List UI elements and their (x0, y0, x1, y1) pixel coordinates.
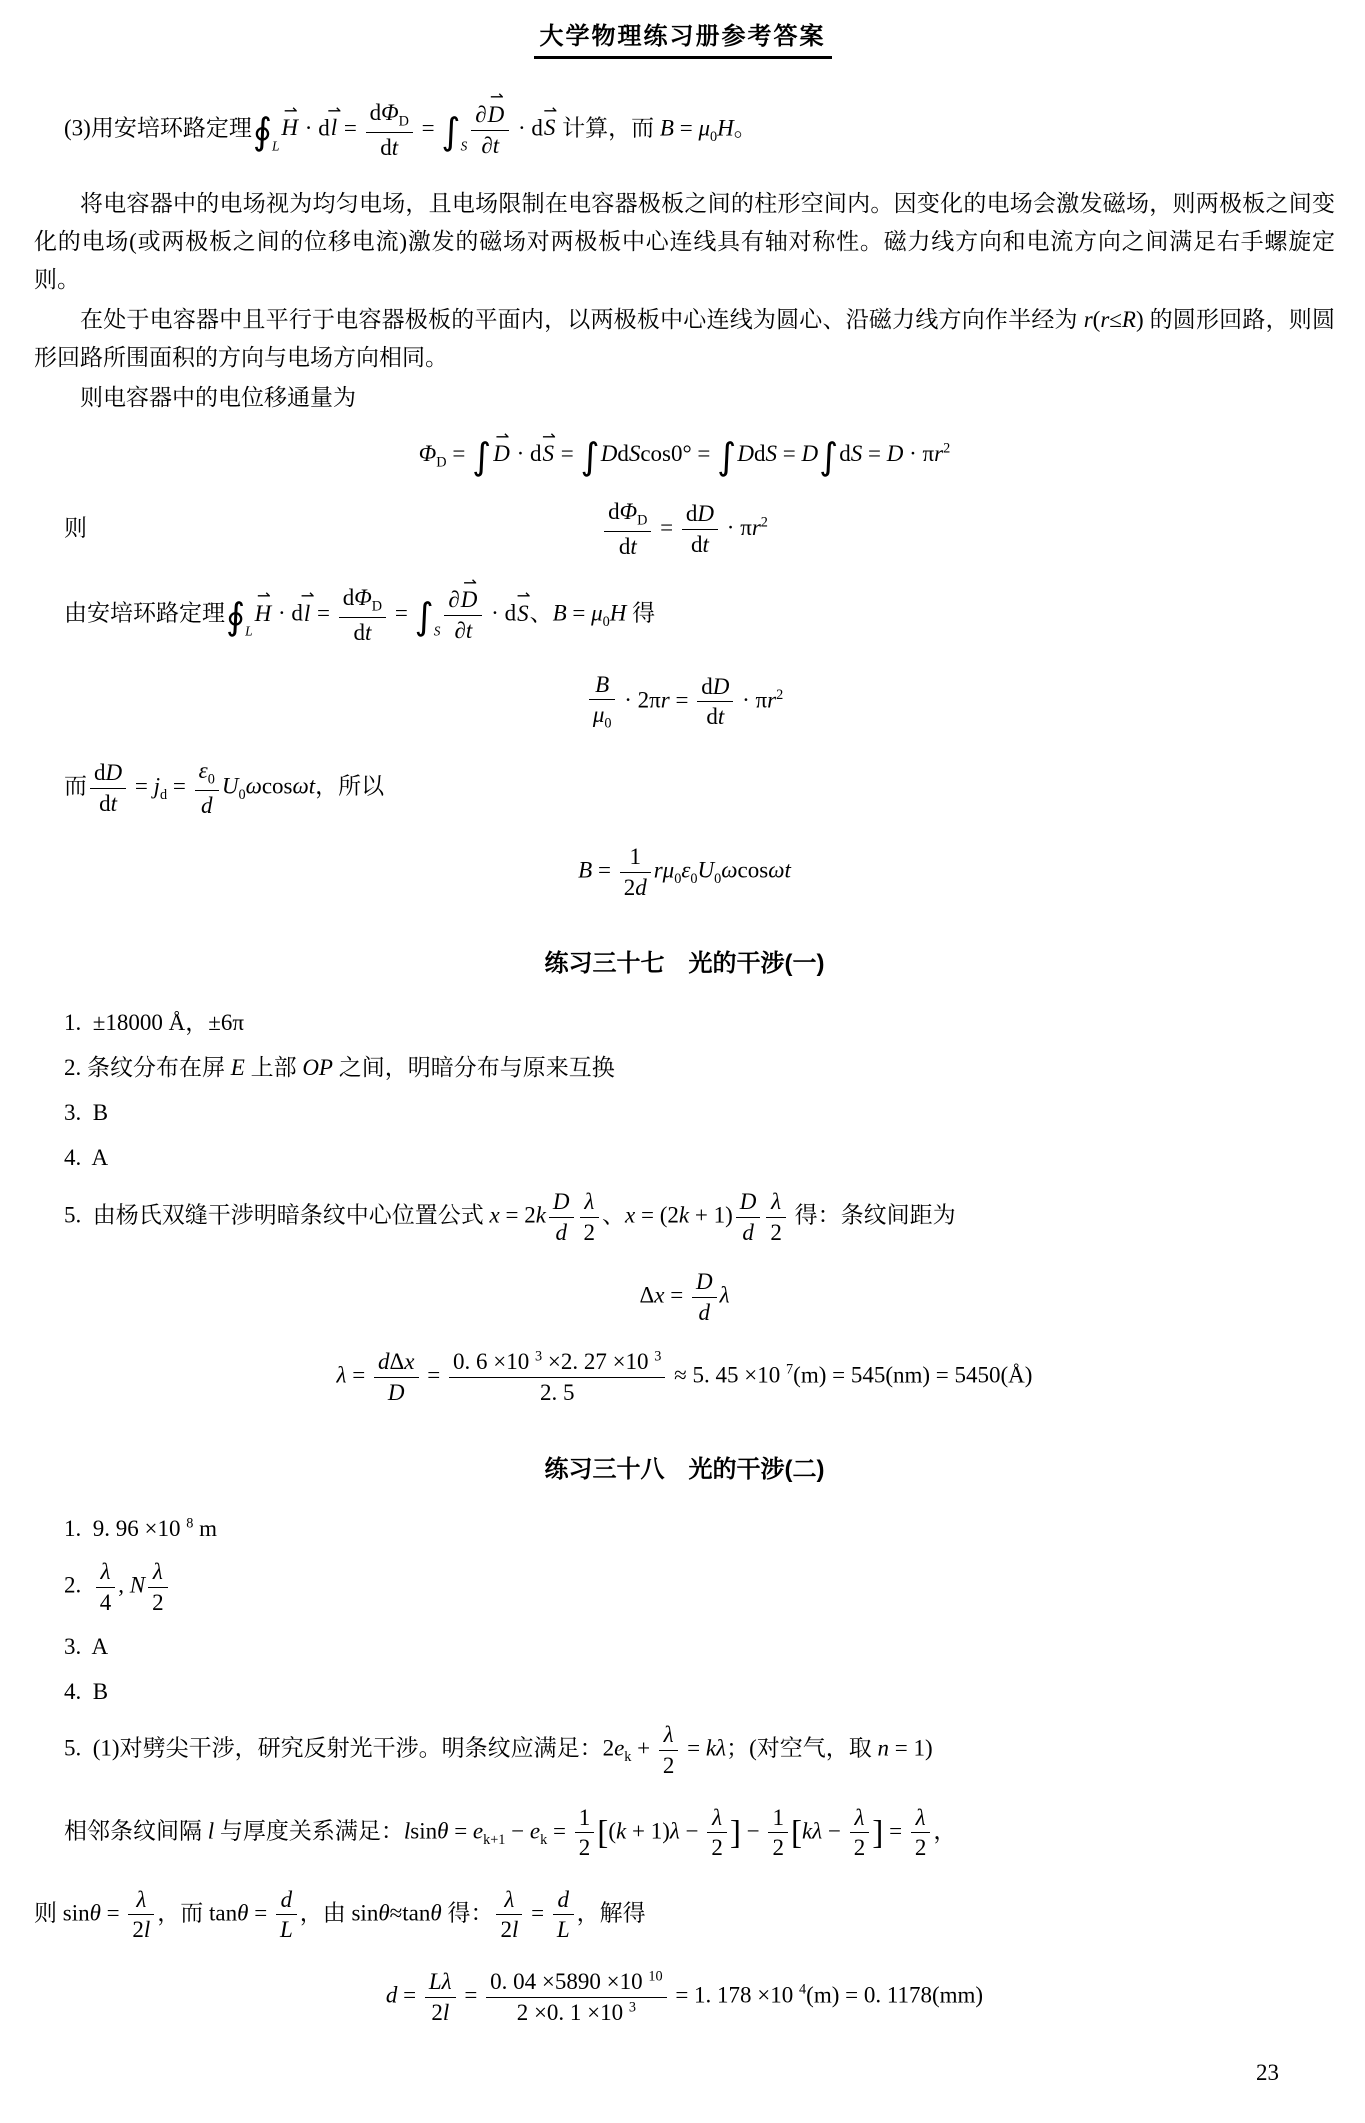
page-title: 大学物理练习册参考答案 (534, 16, 832, 59)
math-bracket: [ (791, 1814, 802, 1851)
math-variable: λ (771, 1189, 781, 1214)
math-variable: D (740, 1189, 757, 1214)
vector-arrow-icon: ⇀ (463, 575, 477, 592)
math-integral: ∫ (819, 439, 838, 476)
formula-b-2pir: Bμ0 · 2πr = dDdt · πr2 (34, 671, 1335, 733)
math-integral: ∮L (226, 599, 253, 640)
math-variable: μ (698, 115, 710, 140)
math-fraction: Lλ2l (425, 1968, 456, 2026)
math-subscript: k (540, 1832, 547, 1848)
math-fraction: Dd (549, 1188, 574, 1246)
item-37-1: 1. ±18000 Å，±6π (64, 1008, 1335, 1038)
item-38-5: 5. (1)对劈尖干涉，研究反射光干涉。明条纹应满足：2ek + λ2 = kλ… (64, 1721, 1335, 1779)
math-variable: ω (768, 858, 784, 883)
math-variable: Φ (419, 441, 437, 466)
math-variable: l (404, 1818, 410, 1843)
page-number: 23 (1256, 2060, 1279, 2086)
integral-icon: ∫ (472, 435, 491, 478)
math-subscript: D (399, 114, 409, 130)
math-fraction: 12d (620, 843, 651, 901)
math-variable: t (111, 791, 117, 816)
math-variable: r (661, 687, 670, 712)
math-variable: t (493, 133, 499, 158)
math-variable: ω (292, 773, 308, 798)
math-subscript: 0 (603, 614, 610, 630)
math-fraction: Dd (692, 1268, 717, 1326)
line-small-angle: 则 sinθ = λ2l，而 tanθ = dL，由 sinθ≈tanθ 得：λ… (34, 1886, 1335, 1944)
math-variable: L (429, 1969, 442, 1994)
vector-arrow-icon: ⇀ (543, 103, 557, 120)
line-formula: dΦDdt = dDdt · πr2 (601, 515, 768, 540)
math-variable: k (616, 1818, 626, 1843)
math-fraction: λ2 (580, 1188, 600, 1246)
math-fraction: dDdt (90, 759, 126, 817)
page-header: 大学物理练习册参考答案 (0, 0, 1365, 59)
integral-icon: ∮ (226, 595, 245, 638)
math-fraction: ∂⇀D∂t (471, 101, 509, 159)
math-variable: B (595, 672, 609, 697)
math-variable: x (625, 1202, 635, 1227)
math-subscript: 0 (238, 787, 245, 803)
math-fraction: Dd (736, 1188, 761, 1246)
math-integral: ∫ (581, 439, 600, 476)
math-variable: S (765, 441, 777, 466)
math-variable: U (222, 773, 239, 798)
math-variable: θ (378, 1900, 389, 1925)
math-variable: λ (136, 1887, 146, 1912)
vector-arrow-icon: ⇀ (490, 89, 504, 106)
para-capacitor-field: 将电容器中的电场视为均匀电场，且电场限制在电容器极板之间的柱形空间内。因变化的电… (34, 185, 1335, 299)
item-37-2: 2. 条纹分布在屏 E 上部 OP 之间，明暗分布与原来互换 (64, 1053, 1335, 1083)
math-superscript: 8 (186, 1515, 193, 1531)
math-superscript: 2 (776, 686, 783, 702)
math-variable: r (654, 858, 663, 883)
math-variable: k (706, 1736, 716, 1761)
math-variable: e (530, 1818, 540, 1843)
math-variable: t (784, 858, 790, 883)
math-variable: μ (593, 702, 605, 727)
math-variable: D (887, 441, 904, 466)
formula-flux-derivative: 则dΦDdt = dDdt · πr2 (34, 498, 1335, 560)
math-variable: λ (664, 1722, 674, 1747)
math-variable: l (144, 1917, 150, 1942)
integral-icon: ∮ (253, 110, 272, 153)
math-superscript: 3 (654, 1349, 661, 1365)
line-ampere-method: (3)用安培环路定理∮L⇀H · d⇀l = dΦDdt = ∫S∂⇀D∂t ·… (34, 99, 1335, 161)
math-variable: λ (916, 1805, 926, 1830)
integral-icon: ∫ (581, 435, 600, 478)
math-variable: t (466, 618, 472, 643)
math-variable: λ (337, 1363, 347, 1388)
math-variable: k (536, 1202, 546, 1227)
math-variable: D (106, 760, 123, 785)
math-superscript: 10 (648, 1968, 662, 1984)
integral-icon: ∫ (441, 110, 460, 153)
math-variable: t (309, 773, 315, 798)
formula-flux: ΦD = ∫⇀D · d⇀S = ∫DdScos0° = ∫DdS = D∫dS… (34, 439, 1335, 476)
math-variable: λ (504, 1887, 514, 1912)
item-37-3: 3. B (64, 1098, 1335, 1128)
math-variable: x (404, 1349, 414, 1374)
para-circular-loop: 在处于电容器中且平行于电容器极板的平面内，以两极板中心连线为圆心、沿磁力线方向作… (34, 301, 1335, 377)
heading-exercise-37: 练习三十七 光的干涉(一) (34, 943, 1335, 978)
math-variable: Φ (354, 585, 372, 610)
math-fraction: dΔxD (374, 1348, 419, 1406)
math-fraction: dL (276, 1886, 297, 1944)
math-variable: λ (670, 1818, 680, 1843)
math-variable: l (512, 1917, 518, 1942)
math-variable: S (851, 441, 863, 466)
math-fraction: λ2 (911, 1804, 931, 1862)
item-38-4: 4. B (64, 1677, 1335, 1707)
integral-icon: ∫ (415, 595, 434, 638)
math-variable: H (717, 115, 734, 140)
math-bracket: [ (597, 1814, 608, 1851)
math-fraction: dL (553, 1886, 574, 1944)
math-subscript: D (372, 599, 382, 615)
math-vector: ⇀H (254, 600, 273, 629)
math-vector: ⇀D (492, 440, 511, 469)
math-variable: Φ (381, 100, 399, 125)
math-variable: λ (812, 1818, 822, 1843)
line-ampere-apply: 由安培环路定理∮L⇀H · d⇀l = dΦDdt = ∫S∂⇀D∂t · d⇀… (34, 584, 1335, 646)
math-variable: OP (302, 1055, 333, 1080)
math-bracket: ] (872, 1814, 883, 1851)
math-variable: k (802, 1818, 812, 1843)
math-variable: ω (721, 858, 737, 883)
math-fraction: λ2 (850, 1804, 870, 1862)
math-fraction: dDdt (697, 673, 733, 731)
formula-b-result: B = 12drμ0ε0U0ωcosωt (34, 843, 1335, 901)
math-variable: r (934, 441, 943, 466)
math-bracket: ] (730, 1814, 741, 1851)
math-subscript: D (436, 455, 446, 471)
math-vector: ⇀l (330, 114, 338, 143)
math-variable: λ (101, 1559, 111, 1584)
math-integral: ∫ (717, 439, 736, 476)
math-variable: θ (90, 1900, 101, 1925)
math-vector: ⇀S (516, 600, 530, 629)
math-variable: D (737, 441, 754, 466)
math-variable: R (1122, 307, 1136, 332)
math-superscript: 2 (761, 514, 768, 530)
math-variable: x (654, 1283, 664, 1308)
math-fraction: λ4 (96, 1558, 116, 1616)
math-subscript: k+1 (483, 1832, 505, 1848)
para-flux-intro: 则电容器中的电位移通量为 (34, 379, 1335, 417)
math-variable: D (801, 441, 818, 466)
formula-fringe-spacing: Δx = Ddλ (34, 1268, 1335, 1326)
math-vector: ⇀S (543, 114, 557, 143)
math-fraction: 12 (575, 1804, 595, 1862)
math-variable: e (473, 1818, 483, 1843)
math-variable: ω (246, 773, 262, 798)
math-variable: d (555, 1220, 567, 1245)
math-superscript: 7 (786, 1362, 793, 1378)
math-variable: D (696, 1269, 713, 1294)
math-variable: d (281, 1887, 293, 1912)
formula-wavelength: λ = dΔxD = 0. 6 ×10 3 ×2. 27 ×10 32. 5 ≈… (34, 1348, 1335, 1406)
math-fraction: λ2 (707, 1804, 727, 1862)
math-variable: λ (712, 1805, 722, 1830)
math-variable: D (553, 1189, 570, 1214)
line-adjacent-fringe: 相邻条纹间隔 l 与厚度关系满足：lsinθ = ek+1 − ek = 12[… (34, 1804, 1335, 1862)
math-variable: D (713, 674, 730, 699)
math-variable: λ (584, 1189, 594, 1214)
math-integral: ∮L (253, 114, 280, 155)
math-variable: x (490, 1202, 500, 1227)
math-fraction: dΦDdt (366, 99, 413, 161)
math-variable: t (718, 704, 724, 729)
math-fraction: dΦDdt (604, 498, 651, 560)
math-superscript: 3 (535, 1349, 542, 1365)
scanned-answer-page: { "page": { "background": "#ffffff", "te… (0, 0, 1365, 2123)
math-vector: ⇀D (487, 101, 506, 129)
math-fraction: ε0d (195, 757, 219, 819)
math-vector: ⇀S (542, 440, 556, 469)
math-variable: n (878, 1736, 890, 1761)
math-variable: θ (430, 1900, 441, 1925)
math-variable: d (699, 1300, 711, 1325)
math-variable: λ (854, 1805, 864, 1830)
math-integral: ∫ (472, 439, 491, 476)
vector-arrow-icon: ⇀ (542, 429, 556, 446)
math-superscript: 3 (629, 1999, 636, 2015)
vector-arrow-icon: ⇀ (496, 429, 510, 446)
math-fraction: λ2l (496, 1886, 522, 1944)
integral-icon: ∫ (717, 435, 736, 478)
math-fraction: dΦDdt (339, 584, 386, 646)
math-variable: t (703, 532, 709, 557)
math-subscript: d (160, 787, 167, 803)
math-variable: L (280, 1917, 293, 1942)
math-variable: e (614, 1736, 624, 1761)
math-subscript: k (624, 1749, 631, 1765)
math-superscript: 4 (799, 1982, 806, 1998)
math-variable: S (629, 441, 641, 466)
math-fraction: λ2l (128, 1886, 154, 1944)
math-variable: t (630, 534, 636, 559)
math-variable: l (208, 1818, 214, 1843)
math-variable: ε (199, 758, 208, 783)
line-displacement-current: 而dDdt = jd = ε0dU0ωcosωt，所以 (34, 757, 1335, 819)
math-variable: D (601, 441, 618, 466)
math-fraction: 12 (768, 1804, 788, 1862)
vector-arrow-icon: ⇀ (327, 103, 341, 120)
math-superscript: 2 (943, 441, 950, 457)
math-variable: λ (153, 1559, 163, 1584)
math-fraction: 0. 04 ×5890 ×10 102 ×0. 1 ×10 3 (486, 1968, 666, 2026)
item-38-3: 3. A (64, 1632, 1335, 1662)
math-variable: r (767, 687, 776, 712)
math-variable: d (635, 875, 647, 900)
item-37-4: 4. A (64, 1143, 1335, 1173)
math-fraction: λ2 (766, 1188, 786, 1246)
line-label: 则 (64, 515, 87, 544)
document-body: (3)用安培环路定理∮L⇀H · d⇀l = dΦDdt = ∫S∂⇀D∂t ·… (0, 59, 1365, 2026)
vector-arrow-icon: ⇀ (284, 103, 298, 120)
math-variable: r (1084, 307, 1093, 332)
math-integral: ∫S (441, 114, 467, 155)
formula-thickness-result: d = Lλ2l = 0. 04 ×5890 ×10 102 ×0. 1 ×10… (34, 1968, 1335, 2026)
vector-arrow-icon: ⇀ (517, 588, 531, 605)
math-variable: H (610, 601, 627, 626)
math-fraction: λ2 (659, 1721, 679, 1779)
math-variable: μ (591, 601, 603, 626)
vector-arrow-icon: ⇀ (301, 588, 315, 605)
math-variable: B (578, 858, 592, 883)
math-variable: θ (437, 1818, 448, 1843)
math-variable: E (231, 1055, 245, 1080)
math-variable: B (553, 601, 567, 626)
item-38-1: 1. 9. 96 ×10 8 m (64, 1514, 1335, 1544)
math-variable: t (365, 620, 371, 645)
math-variable: L (557, 1917, 570, 1942)
math-variable: θ (237, 1900, 248, 1925)
math-fraction: Bμ0 (589, 671, 616, 733)
math-vector: ⇀D (460, 586, 479, 614)
math-vector: ⇀l (303, 600, 311, 629)
math-fraction: ∂⇀D∂t (444, 586, 482, 644)
math-variable: D (388, 1380, 405, 1405)
math-variable: B (660, 115, 674, 140)
math-variable: U (698, 858, 715, 883)
math-variable: d (557, 1887, 569, 1912)
math-variable: μ (663, 858, 675, 883)
math-subscript: 0 (604, 716, 611, 732)
math-variable: d (378, 1349, 390, 1374)
math-fraction: dDdt (682, 500, 718, 558)
vector-arrow-icon: ⇀ (257, 588, 271, 605)
math-subscript: 0 (690, 871, 697, 887)
math-variable: N (130, 1573, 145, 1598)
math-fraction: 0. 6 ×10 3 ×2. 27 ×10 32. 5 (449, 1348, 665, 1406)
math-vector: ⇀H (280, 114, 299, 143)
math-variable: d (742, 1220, 754, 1245)
math-subscript: D (637, 513, 647, 529)
math-variable: l (443, 2000, 449, 2025)
integral-icon: ∫ (819, 435, 838, 478)
math-integral: ∫S (415, 599, 441, 640)
math-variable: D (697, 501, 714, 526)
math-variable: d (386, 1982, 398, 2007)
math-variable: λ (716, 1736, 726, 1761)
math-variable: d (201, 793, 213, 818)
heading-exercise-38: 练习三十八 光的干涉(二) (34, 1449, 1335, 1484)
math-subscript: 0 (208, 772, 215, 788)
math-fraction: λ2 (148, 1558, 168, 1616)
math-variable: t (392, 135, 398, 160)
math-variable: r (752, 515, 761, 540)
item-38-2: 2. λ4, Nλ2 (64, 1558, 1335, 1616)
math-variable: r (1100, 307, 1109, 332)
math-variable: k (679, 1202, 689, 1227)
item-37-5: 5. 由杨氏双缝干涉明暗条纹中心位置公式 x = 2kDdλ2、x = (2k … (64, 1188, 1335, 1246)
math-variable: λ (720, 1283, 730, 1308)
math-variable: λ (442, 1969, 452, 1994)
math-variable: Φ (620, 499, 638, 524)
